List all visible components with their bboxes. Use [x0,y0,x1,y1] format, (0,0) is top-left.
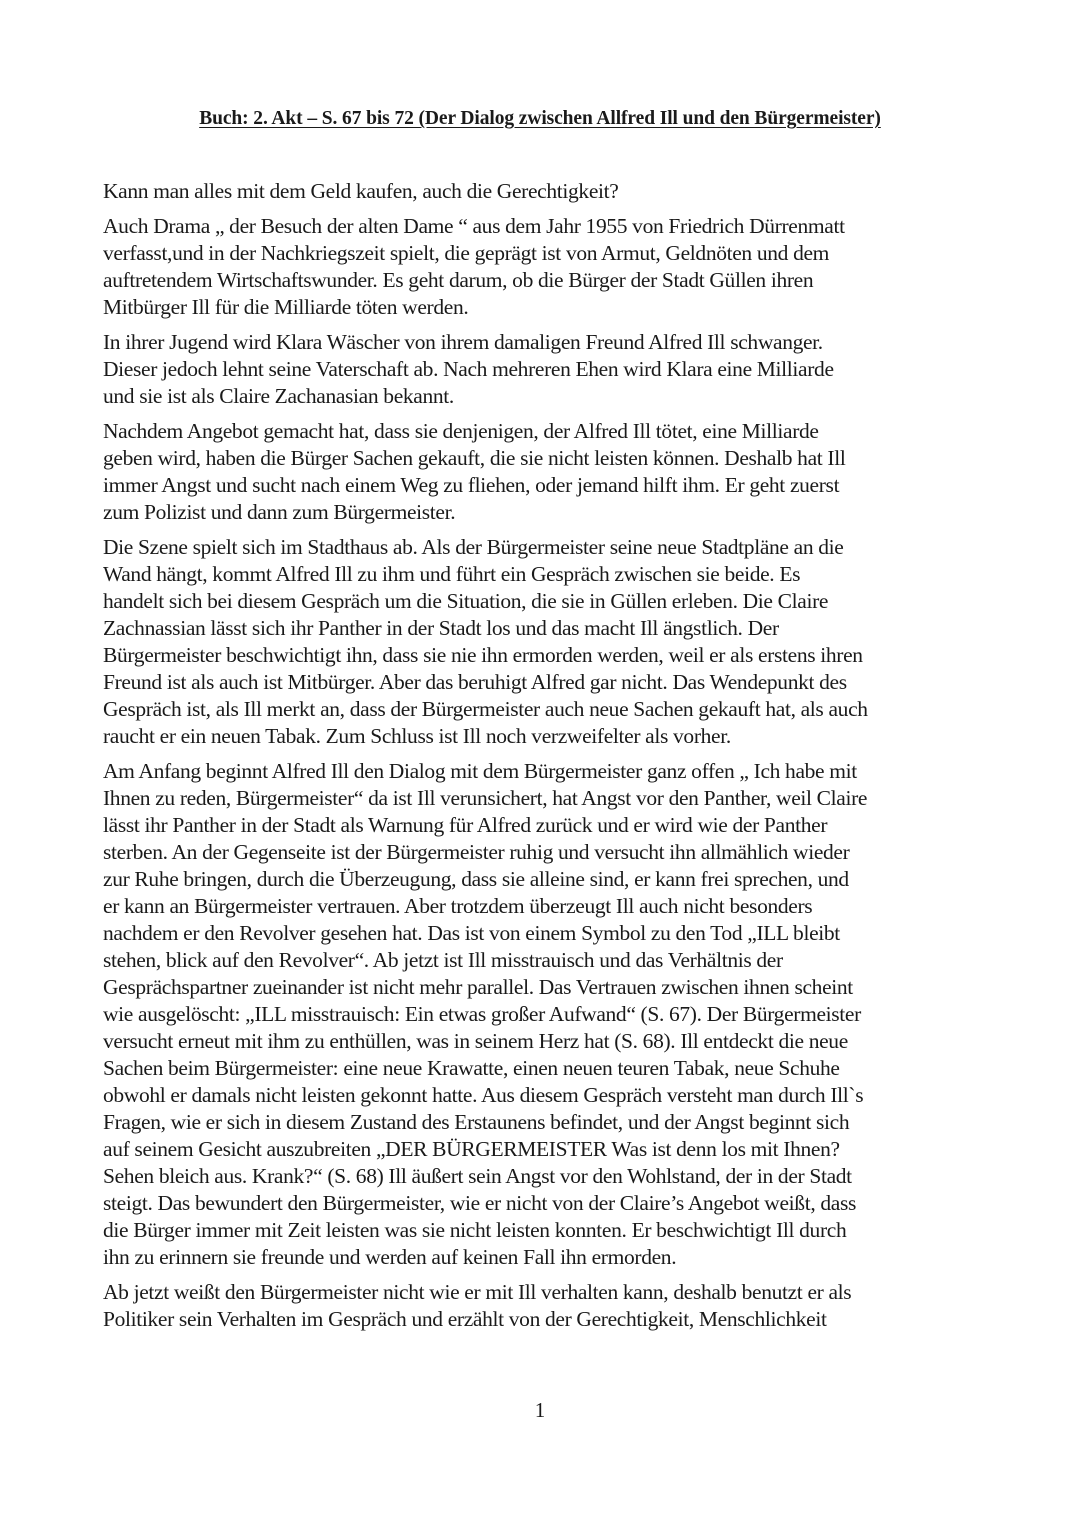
text-line: Sachen beim Bürgermeister: eine neue Kra… [103,1055,1003,1082]
text-line: stehen, blick auf den Revolver“. Ab jetz… [103,947,1003,974]
text-line: Politiker sein Verhalten im Gespräch und… [103,1306,1003,1333]
document-page: Buch: 2. Akt – S. 67 bis 72 (Der Dialog … [0,0,1080,1527]
paragraph-backstory: In ihrer Jugend wird Klara Wäscher von i… [103,329,1003,410]
text-line: steigt. Das bewundert den Bürgermeister,… [103,1190,1003,1217]
text-line: nachdem er den Revolver gesehen hat. Das… [103,920,1003,947]
text-line: versucht erneut mit ihm zu enthüllen, wa… [103,1028,1003,1055]
text-line: Auch Drama „ der Besuch der alten Dame “… [103,213,1003,240]
text-line: und sie ist als Claire Zachanasian bekan… [103,383,1003,410]
text-line: handelt sich bei diesem Gespräch um die … [103,588,1003,615]
text-line: Gesprächspartner zueinander ist nicht me… [103,974,1003,1001]
text-line: geben wird, haben die Bürger Sachen geka… [103,445,1003,472]
text-line: Ihnen zu reden, Bürgermeister“ da ist Il… [103,785,1003,812]
document-body: Kann man alles mit dem Geld kaufen, auch… [103,178,1003,1341]
text-line: Nachdem Angebot gemacht hat, dass sie de… [103,418,1003,445]
text-line: auftretendem Wirtschaftswunder. Es geht … [103,267,1003,294]
paragraph-mayor-behavior: Ab jetzt weißt den Bürgermeister nicht w… [103,1279,1003,1333]
text-line: auf seinem Gesicht auszubreiten „DER BÜR… [103,1136,1003,1163]
text-line: ihn zu erinnern sie freunde und werden a… [103,1244,1003,1271]
text-line: immer Angst und sucht nach einem Weg zu … [103,472,1003,499]
paragraph-drama-context: Auch Drama „ der Besuch der alten Dame “… [103,213,1003,321]
text-line: lässt ihr Panther in der Stadt als Warnu… [103,812,1003,839]
document-title: Buch: 2. Akt – S. 67 bis 72 (Der Dialog … [0,108,1080,130]
paragraph-dialog-analysis: Am Anfang beginnt Alfred Ill den Dialog … [103,758,1003,1271]
page-number: 1 [0,1398,1080,1423]
text-line: Gespräch ist, als Ill merkt an, dass der… [103,696,1003,723]
paragraph-intro-question: Kann man alles mit dem Geld kaufen, auch… [103,178,1003,205]
text-line: Fragen, wie er sich in diesem Zustand de… [103,1109,1003,1136]
text-line: Ab jetzt weißt den Bürgermeister nicht w… [103,1279,1003,1306]
text-line: raucht er ein neuen Tabak. Zum Schluss i… [103,723,1003,750]
text-line: Kann man alles mit dem Geld kaufen, auch… [103,178,1003,205]
text-line: Mitbürger Ill für die Milliarde töten we… [103,294,1003,321]
text-line: wie ausgelöscht: „ILL misstrauisch: Ein … [103,1001,1003,1028]
text-line: zur Ruhe bringen, durch die Überzeugung,… [103,866,1003,893]
text-line: Freund ist als auch ist Mitbürger. Aber … [103,669,1003,696]
text-line: sterben. An der Gegenseite ist der Bürge… [103,839,1003,866]
paragraph-offer: Nachdem Angebot gemacht hat, dass sie de… [103,418,1003,526]
text-line: obwohl er damals nicht leisten gekonnt h… [103,1082,1003,1109]
text-line: verfasst,und in der Nachkriegszeit spiel… [103,240,1003,267]
text-line: Dieser jedoch lehnt seine Vaterschaft ab… [103,356,1003,383]
text-line: zum Polizist und dann zum Bürgermeister. [103,499,1003,526]
text-line: In ihrer Jugend wird Klara Wäscher von i… [103,329,1003,356]
paragraph-scene-summary: Die Szene spielt sich im Stadthaus ab. A… [103,534,1003,750]
text-line: Bürgermeister beschwichtigt ihn, dass si… [103,642,1003,669]
text-line: Die Szene spielt sich im Stadthaus ab. A… [103,534,1003,561]
text-line: er kann an Bürgermeister vertrauen. Aber… [103,893,1003,920]
text-line: Sehen bleich aus. Krank?“ (S. 68) Ill äu… [103,1163,1003,1190]
text-line: Wand hängt, kommt Alfred Ill zu ihm und … [103,561,1003,588]
text-line: Am Anfang beginnt Alfred Ill den Dialog … [103,758,1003,785]
text-line: die Bürger immer mit Zeit leisten was si… [103,1217,1003,1244]
text-line: Zachnassian lässt sich ihr Panther in de… [103,615,1003,642]
